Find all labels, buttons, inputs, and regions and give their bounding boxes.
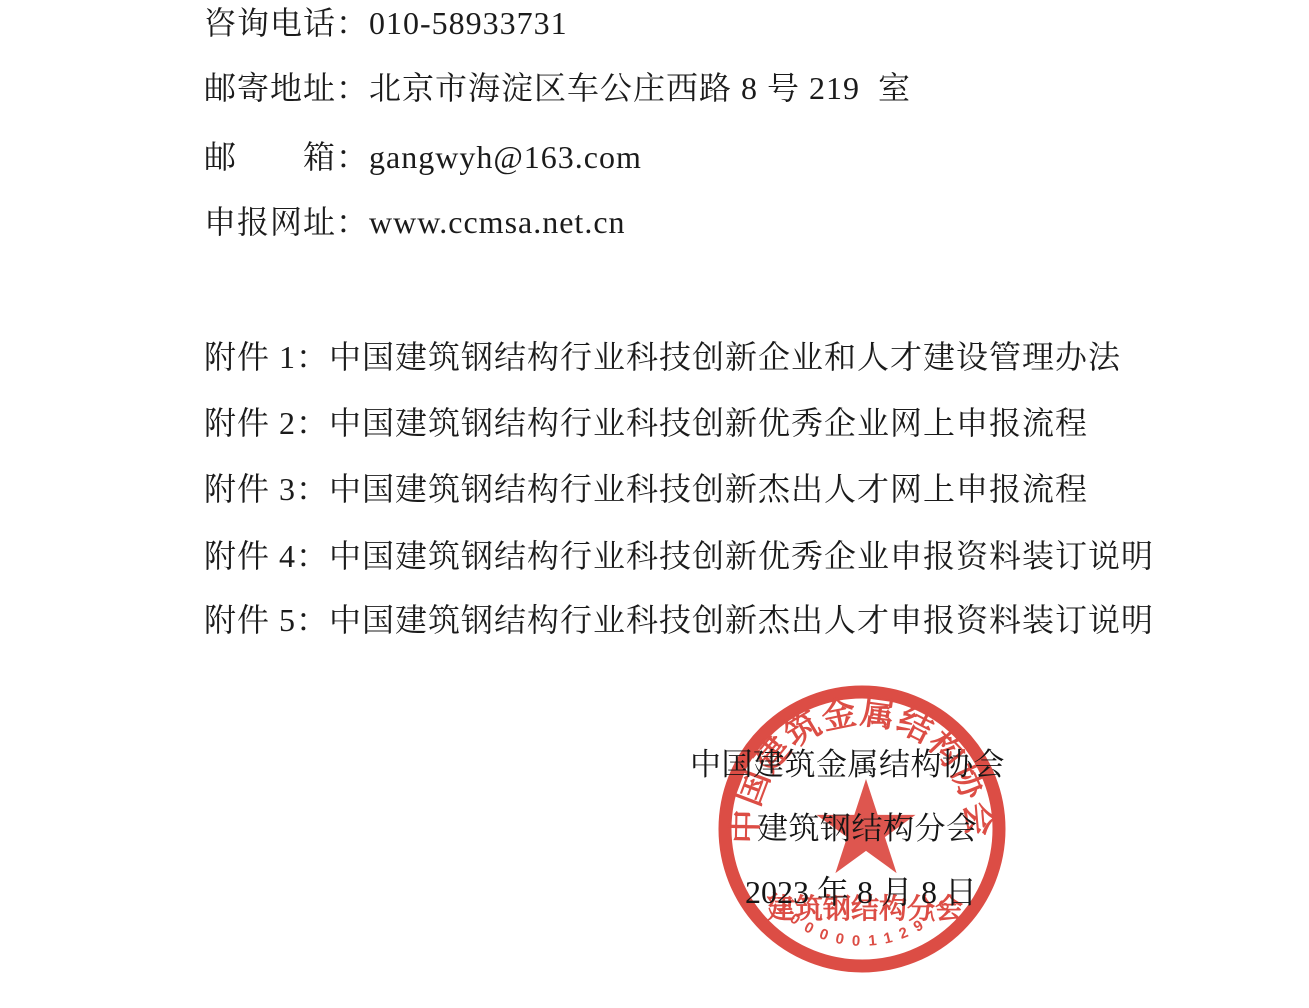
website-label: 申报网址：: [204, 204, 369, 240]
contact-line-phone: 咨询电话：010-58933731: [204, 4, 568, 42]
attachment-item-3: 附件 3：中国建筑钢结构行业科技创新杰出人才网上申报流程: [204, 470, 1088, 508]
attachment-title: 中国建筑钢结构行业科技创新优秀企业申报资料装订说明: [329, 538, 1154, 574]
attachment-item-5: 附件 5：中国建筑钢结构行业科技创新杰出人才申报资料装订说明: [204, 601, 1154, 639]
address-value: 北京市海淀区车公庄西路 8 号 219 室: [369, 70, 911, 106]
email-label: 邮 箱：: [204, 139, 369, 175]
phone-value: 010-58933731: [369, 5, 568, 41]
attachment-label: 附件 4：: [204, 538, 329, 574]
attachment-label: 附件 1：: [204, 339, 329, 375]
document-page: 咨询电话：010-58933731 邮寄地址：北京市海淀区车公庄西路 8 号 2…: [0, 0, 1309, 1008]
attachment-title: 中国建筑钢结构行业科技创新优秀企业网上申报流程: [329, 405, 1088, 441]
attachment-item-1: 附件 1：中国建筑钢结构行业科技创新企业和人才建设管理办法: [204, 338, 1121, 376]
signature-date: 2023 年 8 月 8 日: [745, 867, 977, 913]
website-value: www.ccmsa.net.cn: [369, 204, 626, 240]
signature-organization: 中国建筑金属结构协会: [690, 739, 1005, 784]
contact-line-address: 邮寄地址：北京市海淀区车公庄西路 8 号 219 室: [204, 69, 911, 107]
contact-line-email: 邮 箱：gangwyh@163.com: [204, 138, 642, 176]
contact-line-website: 申报网址：www.ccmsa.net.cn: [204, 203, 626, 241]
attachment-title: 中国建筑钢结构行业科技创新杰出人才申报资料装订说明: [329, 602, 1154, 638]
attachment-label: 附件 2：: [204, 405, 329, 441]
email-value: gangwyh@163.com: [369, 139, 642, 175]
attachment-title: 中国建筑钢结构行业科技创新企业和人才建设管理办法: [329, 339, 1121, 375]
attachment-label: 附件 3：: [204, 471, 329, 507]
signature-branch: 建筑钢结构分会: [757, 803, 978, 848]
attachment-label: 附件 5：: [204, 602, 329, 638]
attachment-title: 中国建筑钢结构行业科技创新杰出人才网上申报流程: [329, 471, 1088, 507]
address-label: 邮寄地址：: [204, 70, 369, 106]
attachment-item-2: 附件 2：中国建筑钢结构行业科技创新优秀企业网上申报流程: [204, 404, 1088, 442]
phone-label: 咨询电话：: [204, 5, 369, 41]
attachment-item-4: 附件 4：中国建筑钢结构行业科技创新优秀企业申报资料装订说明: [204, 537, 1154, 575]
